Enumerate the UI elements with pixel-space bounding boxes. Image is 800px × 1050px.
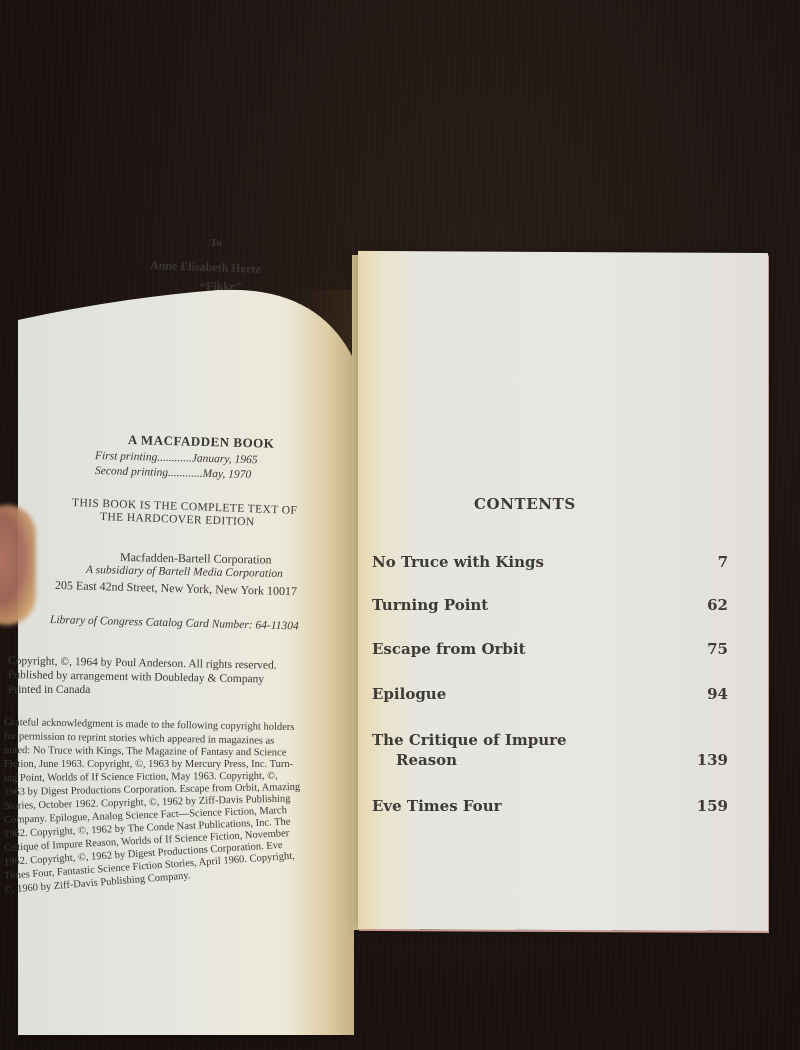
toc-entry: Epilogue 94 xyxy=(372,685,728,703)
toc-entry-title: The Critique of Impure xyxy=(372,731,567,749)
toc-entry-page: 7 xyxy=(718,553,728,571)
toc-entry: Escape from Orbit 75 xyxy=(372,640,728,658)
toc-entry-continued: Reason 139 xyxy=(372,751,728,769)
contents-heading: CONTENTS xyxy=(474,495,576,513)
printing-label: Second printing xyxy=(95,465,168,479)
toc-entry: The Critique of Impure xyxy=(372,731,728,749)
toc-entry-page: 75 xyxy=(707,640,728,658)
toc-entry-title: Escape from Orbit xyxy=(372,640,526,658)
thumb-holding-page xyxy=(0,505,36,625)
catalog-number: 64-11304 xyxy=(255,619,299,632)
toc-entry: Turning Point 62 xyxy=(372,596,728,614)
toc-entry: Eve Times Four 159 xyxy=(372,797,728,815)
dedication-nickname: “Fikke” xyxy=(200,279,241,294)
toc-entry-page: 139 xyxy=(697,751,728,769)
toc-entry-title: Epilogue xyxy=(372,685,446,703)
toc-entry: No Truce with Kings 7 xyxy=(372,553,728,571)
toc-entry-title: No Truce with Kings xyxy=(372,553,544,571)
printing-date: May, 1970 xyxy=(202,468,251,481)
printing-dots: ............ xyxy=(157,452,192,465)
toc-entry-page: 159 xyxy=(697,797,728,815)
toc-entry-page: 62 xyxy=(707,596,728,614)
dedication-to: To xyxy=(210,237,222,249)
printing-dots: ............ xyxy=(168,467,203,480)
right-book-page xyxy=(358,251,768,931)
toc-entry-title: Eve Times Four xyxy=(372,797,502,815)
printing-label: First printing xyxy=(95,450,158,464)
toc-entry-title: Turning Point xyxy=(372,596,488,614)
toc-entry-title: Reason xyxy=(396,751,457,769)
printed-in-line: Printed in Canada xyxy=(8,684,90,696)
toc-entry-page: 94 xyxy=(707,685,728,703)
printing-date: January, 1965 xyxy=(192,453,258,467)
